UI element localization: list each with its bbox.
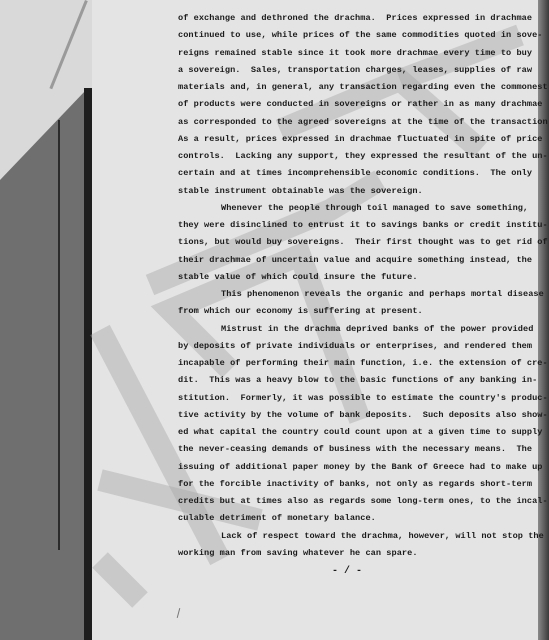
- text-line: they were disinclined to entrust it to s…: [178, 217, 528, 234]
- text-line: stable instrument obtainable was the sov…: [178, 183, 528, 200]
- text-line: a sovereign. Sales, transportation charg…: [178, 62, 528, 79]
- text-line: for the forcible inactivity of banks, no…: [178, 476, 528, 493]
- text-line: credits but at times also as regards som…: [178, 493, 528, 510]
- text-line: stitution. Formerly, it was possible to …: [178, 390, 528, 407]
- binder-crease: [58, 120, 60, 550]
- text-line: certain and at times incomprehensible ec…: [178, 165, 528, 182]
- paragraph-start: Whenever the people through toil managed…: [178, 200, 528, 217]
- paragraph-start: Lack of respect toward the drachma, howe…: [178, 528, 528, 545]
- binder-edge: [84, 88, 92, 640]
- text-line: of exchange and dethroned the drachma. P…: [178, 10, 528, 27]
- text-line: tive activity by the volume of bank depo…: [178, 407, 528, 424]
- text-line: materials and, in general, any transacti…: [178, 79, 528, 96]
- page-marker: - / -: [332, 566, 362, 577]
- text-line: from which our economy is suffering at p…: [178, 303, 528, 320]
- text-line: by deposits of private individuals or en…: [178, 338, 528, 355]
- text-line: tions, but would buy sovereigns. Their f…: [178, 234, 528, 251]
- text-line: ed what capital the country could count …: [178, 424, 528, 441]
- text-line: of products were conducted in sovereigns…: [178, 96, 528, 113]
- paragraph-start: This phenomenon reveals the organic and …: [178, 286, 528, 303]
- text-line: dit. This was a heavy blow to the basic …: [178, 372, 528, 389]
- text-line: their drachmae of uncertain value and ac…: [178, 252, 528, 269]
- text-line: reigns remained stable since it took mor…: [178, 45, 528, 62]
- document-body: of exchange and dethroned the drachma. P…: [178, 10, 528, 562]
- text-line: stable value of which could insure the f…: [178, 269, 528, 286]
- text-line: controls. Lacking any support, they expr…: [178, 148, 528, 165]
- text-line: culable detriment of monetary balance.: [178, 510, 528, 527]
- text-line: as corresponded to the agreed sovereigns…: [178, 114, 528, 131]
- text-line: the never-ceasing demands of business wi…: [178, 441, 528, 458]
- text-line: working man from saving whatever he can …: [178, 545, 528, 562]
- paragraph-start: Mistrust in the drachma deprived banks o…: [178, 321, 528, 338]
- text-line: issuing of additional paper money by the…: [178, 459, 528, 476]
- text-line: As a result, prices expressed in drachma…: [178, 131, 528, 148]
- text-line: incapable of performing their main funct…: [178, 355, 528, 372]
- text-line: continued to use, while prices of the sa…: [178, 27, 528, 44]
